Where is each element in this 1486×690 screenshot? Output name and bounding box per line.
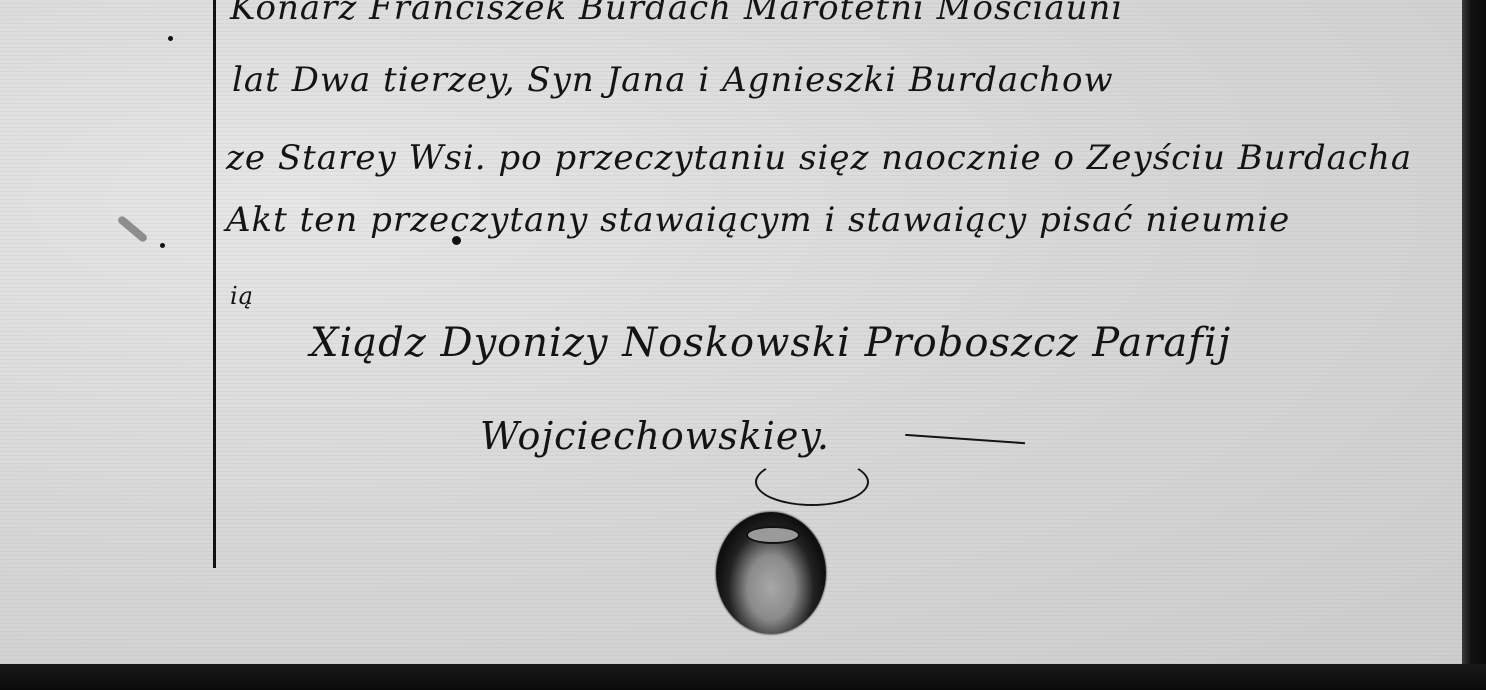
signature-line-1: Xiądz Dyonizy Noskowski Proboszcz Parafi… — [310, 320, 1231, 366]
text-line-4: Akt ten przeczytany stawaiącym i stawaią… — [226, 200, 1290, 240]
ink-dot — [160, 243, 165, 248]
text-line-5: ią — [230, 282, 254, 310]
signature-flourish — [905, 434, 1025, 448]
text-line-1: Konarz Franciszek Burdach Marotetni Mosc… — [230, 0, 1123, 28]
ink-smudge — [117, 215, 149, 244]
signature-loop — [755, 458, 869, 506]
page-edge-bottom — [0, 664, 1486, 690]
ink-dot — [168, 36, 173, 41]
signature-line-2: Wojciechowskiey. — [480, 414, 830, 458]
text-line-2: lat Dwa tierzey, Syn Jana i Agnieszki Bu… — [232, 60, 1114, 100]
seal-stamp-inner — [746, 526, 800, 544]
ink-blot — [452, 236, 461, 245]
register-page: Konarz Franciszek Burdach Marotetni Mosc… — [0, 0, 1466, 668]
page-edge-right — [1462, 0, 1486, 690]
margin-rule — [213, 0, 216, 568]
text-line-3: ze Starey Wsi. po przeczytaniu sięz naoc… — [226, 138, 1412, 178]
